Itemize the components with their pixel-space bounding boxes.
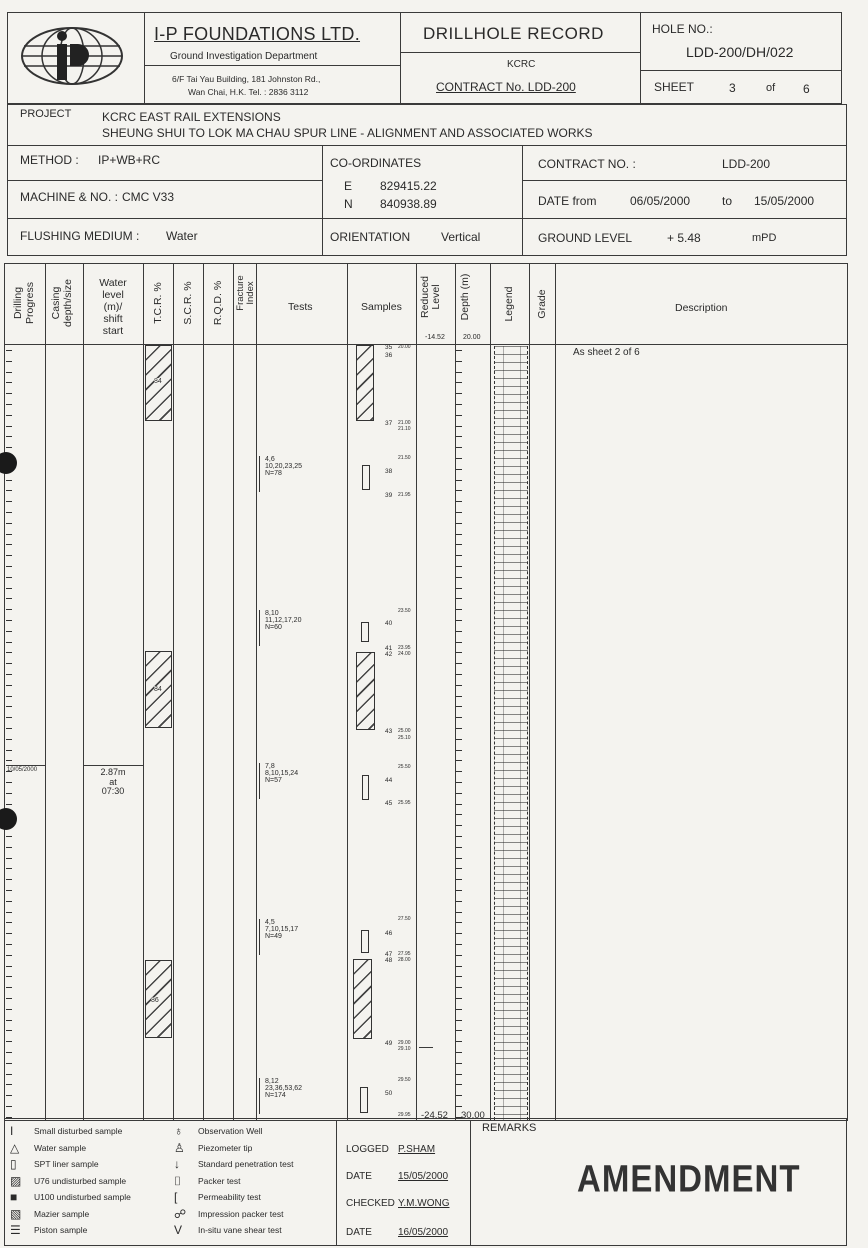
sample-depth: 20.00 [398,344,411,350]
record-title: DRILLHOLE RECORD [423,24,604,44]
key-label: Small disturbed sample [34,1126,122,1136]
spt-liner-sample [362,775,369,800]
date-to: 15/05/2000 [754,194,814,208]
scale-tick [6,415,12,416]
project-label: PROJECT [20,108,71,120]
scale-tick [456,912,462,913]
scale-tick [6,890,12,891]
impression-packer-icon: ☍ [174,1207,186,1221]
scale-tick [6,1020,12,1021]
spt-blow-count: N=60 [265,624,282,631]
scale-tick [456,393,462,394]
col-description: Description [675,302,728,314]
scale-tick [456,933,462,934]
scale-tick [456,436,462,437]
machine-value: CMC V33 [122,190,174,204]
scale-tick [6,609,12,610]
scale-tick [456,609,462,610]
hole-no: LDD-200/DH/022 [686,44,793,60]
scale-tick [456,501,462,502]
scale-tick [456,879,462,880]
easting-label: E [344,179,352,193]
scale-tick [456,361,462,362]
vane-shear-icon: V [174,1223,182,1237]
spt-blow-count: 8,12 [265,1078,279,1085]
sample-number: 35 [385,344,392,351]
col-drilling-progress: Drilling Progress [12,268,36,338]
checked-by: Y.M.WONG [398,1198,449,1209]
col-depth: Depth (m) [460,272,471,322]
sample-number: 49 [385,1040,392,1047]
scale-tick [6,372,12,373]
scale-tick [456,782,462,783]
scale-tick [456,404,462,405]
spt-liner-sample [361,930,369,953]
scale-tick [6,933,12,934]
date-to-label: to [722,194,732,208]
piezometer-icon: ♙ [174,1141,185,1155]
key-label: U76 undisturbed sample [34,1176,126,1186]
scale-tick [456,1020,462,1021]
scale-tick [6,652,12,653]
amendment-stamp: AMENDMENT [577,1157,800,1201]
sample-number: 45 [385,800,392,807]
scale-tick [456,382,462,383]
sample-number: 48 [385,957,392,964]
col-scr: S.C.R. % [182,268,194,338]
scale-tick [6,879,12,880]
scale-tick [456,1052,462,1053]
piston-icon: ☰ [10,1223,21,1237]
progress-date: 10/05/2000 [7,767,37,773]
hole-no-label: HOLE NO.: [652,22,713,36]
address-line1: 6/F Tai Yau Building, 181 Johnston Rd., [172,74,320,84]
sample-number: 46 [385,930,392,937]
sheet-label: SHEET [654,80,694,94]
scale-tick [6,1052,12,1053]
scale-tick [456,739,462,740]
ground-level-value: + 5.48 [667,231,701,245]
scale-tick [6,631,12,632]
scale-tick [456,544,462,545]
spt-blow-count: 4,5 [265,919,275,926]
sample-number: 38 [385,468,392,475]
scale-tick [6,782,12,783]
scale-tick [456,1041,462,1042]
key-label: Packer test [198,1176,241,1186]
scale-tick [6,987,12,988]
scale-tick [6,577,12,578]
spt-blow-count: 8,10 [265,610,279,617]
depth-top: 20.00 [463,334,481,341]
logged-label: LOGGED [346,1144,389,1155]
scale-tick [6,1063,12,1064]
col-tests: Tests [288,301,313,313]
col-fracture-index: Fracture Index [236,268,256,318]
scale-tick [456,998,462,999]
scale-tick [456,1074,462,1075]
scale-tick [456,814,462,815]
scale-tick [6,1095,12,1096]
northing-value: 840938.89 [380,197,437,211]
scale-tick [6,642,12,643]
date1-label: DATE [346,1171,372,1182]
scale-tick [456,566,462,567]
scale-tick [6,382,12,383]
scale-tick [456,685,462,686]
method-value: IP+WB+RC [98,153,160,167]
scale-tick [6,760,12,761]
scale-tick [6,598,12,599]
scale-tick [6,922,12,923]
date-from-label: DATE from [538,194,596,208]
scale-tick [456,771,462,772]
date-from: 06/05/2000 [630,194,690,208]
scale-tick [456,760,462,761]
scale-tick [456,955,462,956]
date2-label: DATE [346,1227,372,1238]
scale-tick [456,1063,462,1064]
sheet-no: 3 [729,81,736,95]
description-text: As sheet 2 of 6 [573,347,640,358]
scale-tick [6,404,12,405]
spt-blow-count: 8,10,15,24 [265,770,298,777]
scale-tick [456,598,462,599]
scale-tick [6,588,12,589]
scale-tick [6,976,12,977]
sample-depth: 25.50 [398,764,411,770]
scale-tick [456,890,462,891]
water-level-reading: 2.87m at 07:30 [84,768,142,797]
reduced-level-top: -14.52 [425,334,445,341]
scale-tick [456,1084,462,1085]
scale-tick [6,426,12,427]
sample-depth: 27.50 [398,916,411,922]
scale-tick [456,847,462,848]
spt-blow-count: 11,12,17,20 [265,617,301,624]
key-label: Observation Well [198,1126,263,1136]
sample-number: 43 [385,728,392,735]
spt-blow-count: 4,6 [265,456,275,463]
u100-icon: ■ [10,1190,17,1204]
spt-blow-count: N=78 [265,470,282,477]
sheet-total: 6 [803,82,810,96]
project-line2: SHEUNG SHUI TO LOK MA CHAU SPUR LINE - A… [102,126,593,140]
spt-blow-count: N=57 [265,777,282,784]
project-line1: KCRC EAST RAIL EXTENSIONS [102,110,281,124]
scale-tick [6,436,12,437]
spt-blow-count: 10,20,23,25 [265,463,302,470]
sample-number: 37 [385,420,392,427]
packer-icon: ⌷ [174,1174,181,1189]
scale-tick [456,652,462,653]
scale-tick [456,469,462,470]
flushing-label: FLUSHING MEDIUM : [20,229,139,243]
scale-tick [456,642,462,643]
contract-value: LDD-200 [722,157,770,171]
sample-depth: 25.00 [398,728,411,734]
checked-label: CHECKED [346,1198,395,1209]
scale-tick [6,717,12,718]
scale-tick [456,706,462,707]
client: KCRC [507,59,535,70]
date2-value: 16/05/2000 [398,1227,448,1238]
geology-legend-pattern [494,346,528,1120]
scale-tick [456,577,462,578]
tcr-value: 84 [154,686,162,693]
date1-value: 15/05/2000 [398,1171,448,1182]
water-sample-icon: △ [10,1141,19,1155]
scale-tick [6,544,12,545]
scale-tick [456,804,462,805]
ground-level-unit: mPD [752,232,776,244]
scale-tick [6,1009,12,1010]
scale-tick [6,674,12,675]
scale-tick [6,868,12,869]
scale-tick [456,966,462,967]
scale-tick [6,836,12,837]
sample-depth: 29.10 [398,1046,411,1052]
scale-tick [456,350,462,351]
observation-well-icon: ♁ [174,1124,183,1138]
scale-tick [456,372,462,373]
ground-level-label: GROUND LEVEL [538,231,632,245]
spt-blow-count: N=49 [265,933,282,940]
key-label: Piezometer tip [198,1143,252,1153]
scale-tick [456,987,462,988]
scale-tick [6,480,12,481]
spt-blow-count: N=174 [265,1092,286,1099]
scale-tick [6,966,12,967]
method-label: METHOD : [20,153,79,167]
scale-tick [6,696,12,697]
scale-tick [6,1030,12,1031]
spt-liner-sample [360,1087,368,1113]
scale-tick [6,490,12,491]
address-line2: Wan Chai, H.K. Tel. : 2836 3112 [188,87,308,97]
scale-tick [6,350,12,351]
scale-tick [6,728,12,729]
scale-tick [6,858,12,859]
scale-tick [6,512,12,513]
scale-tick [456,588,462,589]
department: Ground Investigation Department [170,51,317,62]
sample-depth: 23.50 [398,608,411,614]
scale-tick [456,868,462,869]
permeability-icon: [ [174,1190,177,1204]
scale-tick [456,858,462,859]
mazier-sample [353,959,372,1039]
sample-number: 40 [385,620,392,627]
scale-tick [6,706,12,707]
scale-tick [6,501,12,502]
key-label: Piston sample [34,1225,87,1235]
scale-tick [6,1074,12,1075]
sample-number: 36 [385,352,392,359]
scale-tick [456,922,462,923]
sample-depth: 21.50 [398,455,411,461]
u76-icon: ▨ [10,1174,21,1188]
scale-tick [456,1095,462,1096]
sample-number: 42 [385,651,392,658]
scale-tick [456,1106,462,1107]
scale-tick [6,663,12,664]
scale-tick [456,480,462,481]
scale-tick [456,836,462,837]
scale-tick [456,458,462,459]
key-label: Mazier sample [34,1209,89,1219]
spt-blow-count: 23,36,53,62 [265,1085,302,1092]
sample-depth: 28.00 [398,957,411,963]
company-name: I-P FOUNDATIONS LTD. [154,24,360,45]
scale-tick [6,1106,12,1107]
scale-tick [6,1084,12,1085]
scale-tick [6,793,12,794]
tcr-value: 84 [154,378,162,385]
scale-tick [6,534,12,535]
scale-tick [6,912,12,913]
sample-number: 44 [385,777,392,784]
scale-tick [6,685,12,686]
key-label: Impression packer test [198,1209,284,1219]
scale-tick [456,490,462,491]
scale-tick [6,955,12,956]
scale-tick [6,1041,12,1042]
orientation-value: Vertical [441,230,480,244]
sample-depth: 24.00 [398,651,411,657]
log-table [4,263,848,1121]
scale-tick [6,555,12,556]
northing-label: N [344,197,353,211]
scale-tick [6,523,12,524]
col-samples: Samples [361,301,402,313]
spt-blow-count: 7,10,15,17 [265,926,298,933]
scale-tick [6,804,12,805]
scale-tick [6,566,12,567]
key-label: Water sample [34,1143,86,1153]
remarks-label: REMARKS [482,1122,536,1134]
sample-depth: 25.95 [398,800,411,806]
scale-tick [6,750,12,751]
key-label: SPT liner sample [34,1159,99,1169]
spt-liner-sample [361,622,369,642]
scale-tick [456,555,462,556]
scale-tick [456,825,462,826]
mazier-icon: ▧ [10,1207,21,1221]
scale-tick [456,793,462,794]
scale-tick [456,620,462,621]
scale-tick [6,944,12,945]
mazier-sample [356,345,374,421]
scale-tick [6,361,12,362]
scale-tick [456,728,462,729]
scale-tick [456,944,462,945]
contract-ref: CONTRACT No. LDD-200 [436,80,576,94]
scale-tick [456,512,462,513]
scale-tick [6,998,12,999]
sample-depth: 21.95 [398,492,411,498]
coords-label: CO-ORDINATES [330,156,421,170]
scale-tick [456,696,462,697]
scale-tick [456,523,462,524]
scale-tick [6,901,12,902]
scale-tick [456,674,462,675]
key-label: Standard penetration test [198,1159,293,1169]
col-grade: Grade [536,274,548,334]
tcr-value: 86 [151,997,159,1004]
sample-number: 50 [385,1090,392,1097]
easting-value: 829415.22 [380,179,437,193]
scale-tick [456,976,462,977]
sheet-of: of [766,82,775,94]
key-label: In-situ vane shear test [198,1225,282,1235]
key-label: U100 undisturbed sample [34,1192,131,1202]
logged-by: P.SHAM [398,1144,435,1155]
scale-tick [6,620,12,621]
col-casing: Casing depth/size [50,268,74,338]
spt-liner-icon: ▯ [10,1157,17,1171]
small-disturbed-icon: I [10,1124,13,1138]
scale-tick [6,393,12,394]
scale-tick [6,739,12,740]
scale-tick [456,447,462,448]
scale-tick [6,447,12,448]
col-rqd: R.Q.D. % [212,268,224,338]
scale-tick [456,534,462,535]
scale-tick [456,901,462,902]
scale-tick [456,1030,462,1031]
scale-tick [456,663,462,664]
spt-blow-count: 7,8 [265,763,275,770]
sample-depth: 29.50 [398,1077,411,1083]
spt-liner-sample [362,465,370,490]
scale-tick [456,415,462,416]
sample-depth: 21.10 [398,426,411,432]
flushing-value: Water [166,229,198,243]
scale-tick [456,750,462,751]
col-legend: Legend [503,274,515,334]
scale-tick [456,426,462,427]
machine-label: MACHINE & NO. : [20,190,118,204]
sample-depth: 25.10 [398,735,411,741]
col-reduced-level: Reduced Level [420,272,442,322]
scale-tick [456,717,462,718]
scale-tick [6,847,12,848]
globe-ip-logo-icon [20,24,124,88]
mazier-sample [356,652,375,730]
contract-label: CONTRACT NO. : [538,157,636,171]
sample-number: 39 [385,492,392,499]
orientation-label: ORIENTATION [330,230,410,244]
col-tcr: T.C.R. % [152,268,164,338]
spt-icon: ↓ [174,1157,180,1171]
col-water-level: Water level (m)/ shift start [84,277,142,337]
scale-tick [456,631,462,632]
key-label: Permeability test [198,1192,261,1202]
scale-tick [456,1009,462,1010]
